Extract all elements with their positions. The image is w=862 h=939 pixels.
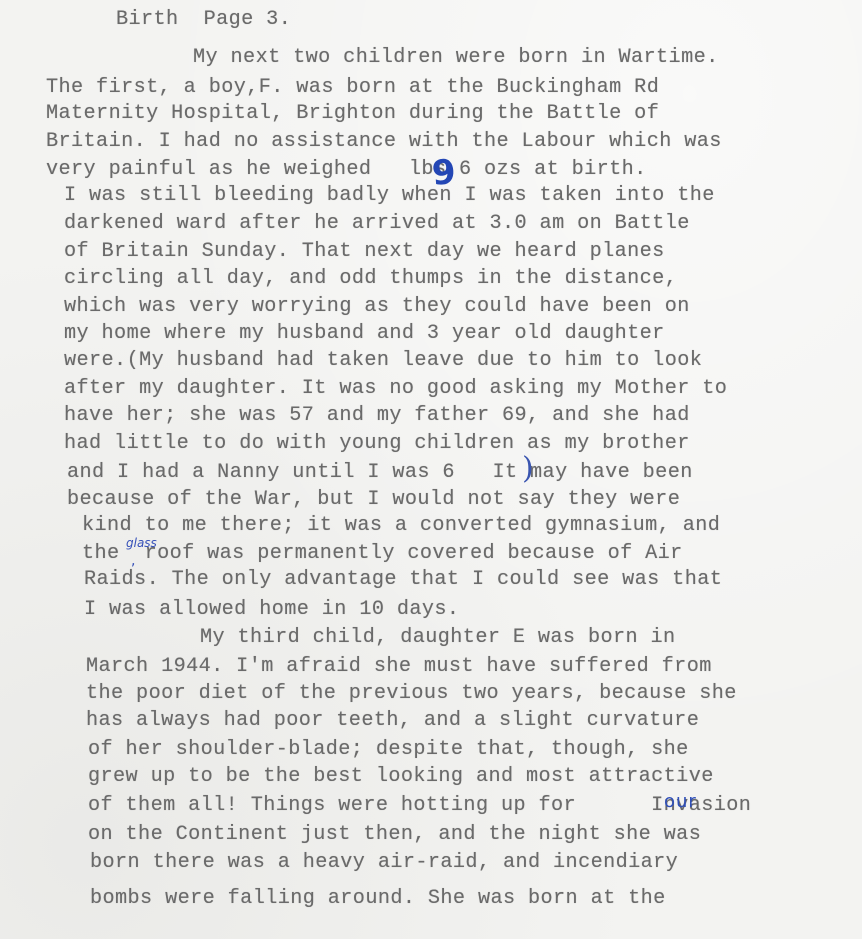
- typewritten-page: Birth Page 3. My next two children were …: [0, 0, 862, 939]
- text-line: have her; she was 57 and my father 69, a…: [64, 404, 690, 428]
- text-line: darkened ward after he arrived at 3.0 am…: [64, 212, 690, 236]
- text-line: has always had poor teeth, and a slight …: [86, 709, 699, 733]
- text-line: which was very worrying as they could ha…: [64, 295, 690, 319]
- text-line: I was allowed home in 10 days.: [84, 598, 459, 622]
- handwritten-glass-insert: glass: [126, 537, 157, 549]
- handwritten-insert-caret: ,: [131, 554, 135, 568]
- text-line: of them all! Things were hotting up for …: [88, 794, 751, 818]
- text-line: after my daughter. It was no good asking…: [64, 377, 727, 401]
- text-line: of her shoulder-blade; despite that, tho…: [88, 738, 689, 762]
- page-heading: Birth Page 3.: [116, 8, 291, 32]
- text-line: March 1944. I'm afraid she must have suf…: [86, 655, 712, 679]
- text-line: circling all day, and odd thumps in the …: [64, 267, 677, 291]
- text-line: because of the War, but I would not say …: [67, 488, 680, 512]
- text-line: My third child, daughter E was born in: [200, 626, 676, 650]
- text-line: Britain. I had no assistance with the La…: [46, 130, 722, 154]
- text-line: grew up to be the best looking and most …: [88, 765, 714, 789]
- text-line: of Britain Sunday. That next day we hear…: [64, 240, 665, 264]
- text-line: the poor diet of the previous two years,…: [86, 682, 737, 706]
- text-line: were.(My husband had taken leave due to …: [64, 349, 702, 373]
- handwritten-weight-correction: 9: [431, 155, 457, 191]
- text-line: The first, a boy,F. was born at the Buck…: [46, 76, 659, 100]
- text-line: on the Continent just then, and the nigh…: [88, 823, 701, 847]
- text-line: the roof was permanently covered because…: [82, 542, 683, 566]
- handwritten-closing-paren: ): [522, 454, 534, 484]
- text-line: very painful as he weighed lbs 6 ozs at …: [46, 158, 647, 182]
- text-line: my home where my husband and 3 year old …: [64, 322, 665, 346]
- text-line: bombs were falling around. She was born …: [90, 887, 666, 911]
- text-line: born there was a heavy air-raid, and inc…: [90, 851, 678, 875]
- text-line: Maternity Hospital, Brighton during the …: [46, 102, 659, 126]
- handwritten-our-insert: our: [664, 793, 697, 811]
- text-line: Raids. The only advantage that I could s…: [84, 568, 722, 592]
- text-line: kind to me there; it was a converted gym…: [82, 514, 720, 538]
- text-line: I was still bleeding badly when I was ta…: [64, 184, 715, 208]
- text-line: My next two children were born in Wartim…: [193, 46, 719, 70]
- text-line: and I had a Nanny until I was 6 It may h…: [67, 461, 693, 485]
- text-line: had little to do with young children as …: [64, 432, 690, 456]
